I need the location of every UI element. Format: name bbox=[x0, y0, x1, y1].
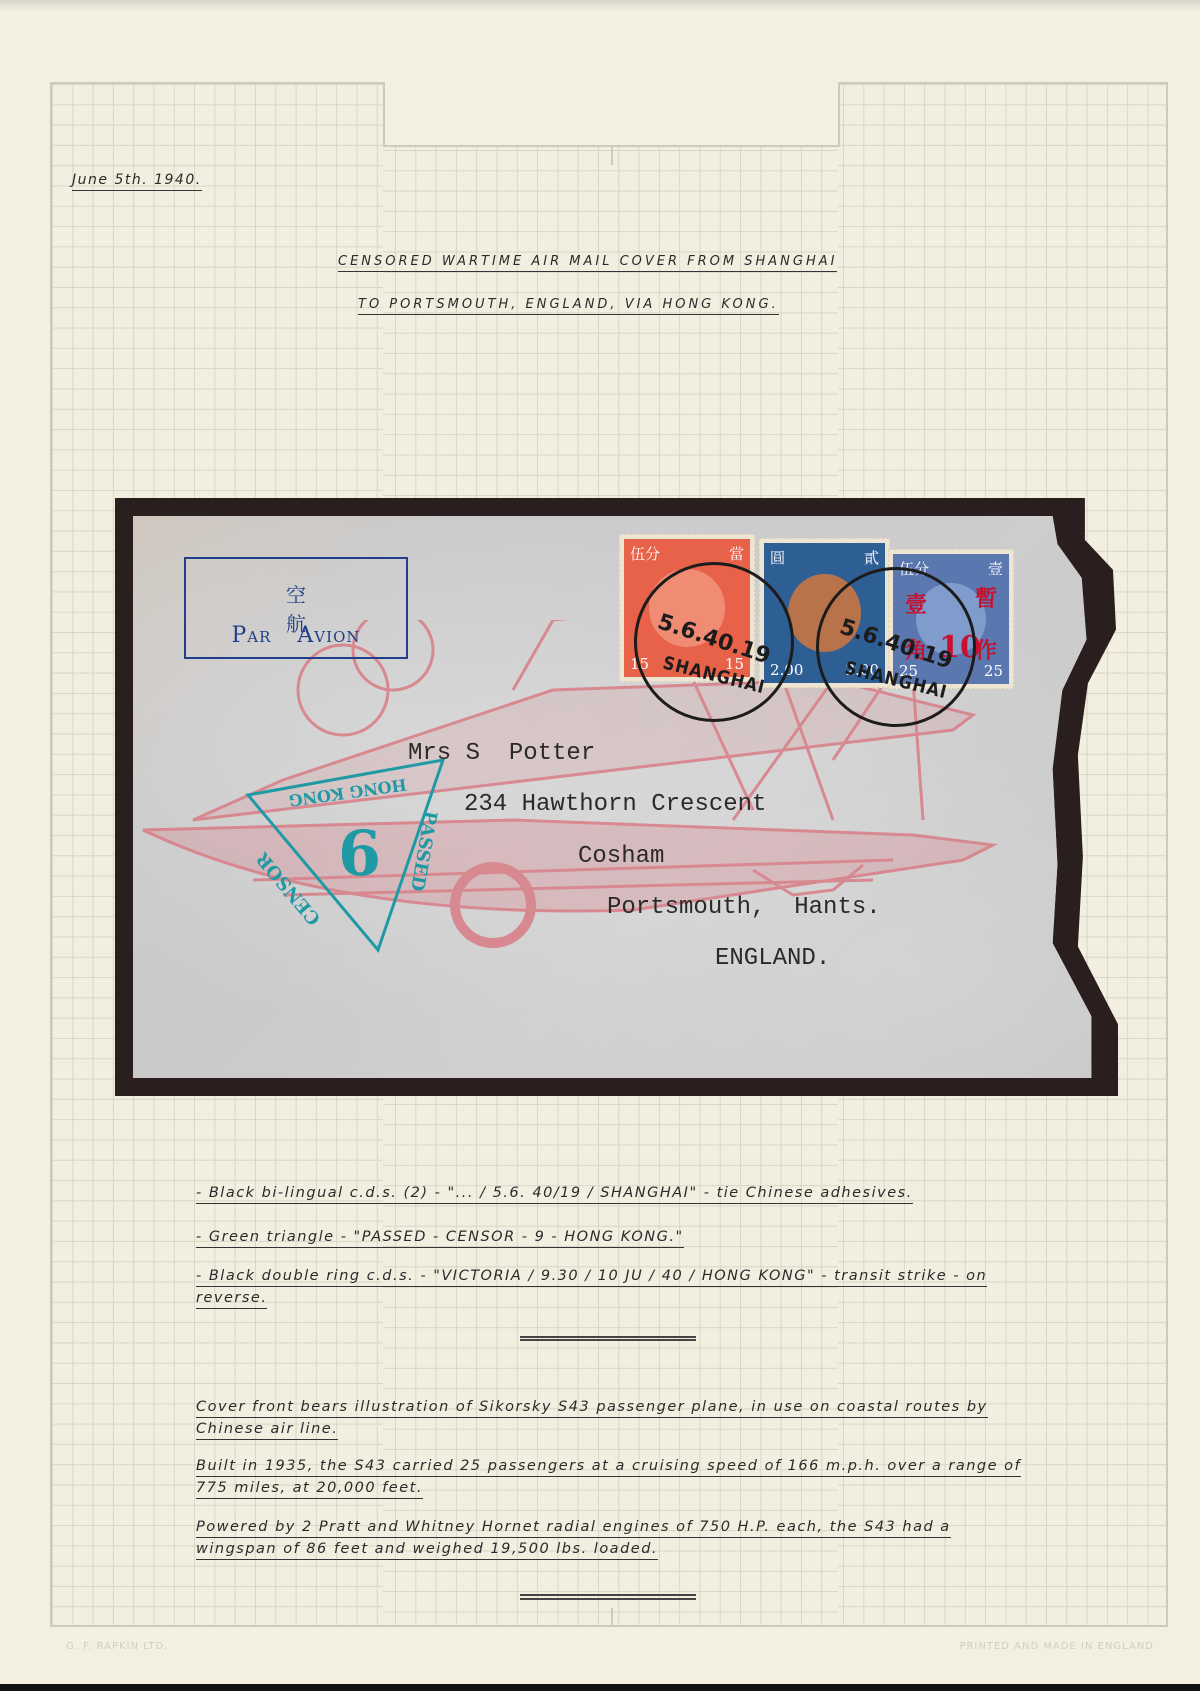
surcharge-char: 暫 bbox=[975, 582, 997, 613]
stamp-chinese-text: 圓 bbox=[770, 547, 785, 568]
center-mark bbox=[611, 147, 613, 165]
page-title-text: Censored wartime air mail cover from Sha… bbox=[338, 254, 837, 272]
date-note-text: June 5th. 1940. bbox=[72, 172, 202, 191]
description-paragraph: Cover front bears illustration of Sikors… bbox=[196, 1396, 1036, 1440]
address-line-street: 234 Hawthorn Crescent bbox=[464, 791, 766, 818]
grid-notch-edge bbox=[383, 82, 385, 147]
page-title-text: to Portsmouth, England, via Hong Kong. bbox=[358, 297, 779, 315]
stamp-chinese-text: 伍分 bbox=[630, 543, 660, 564]
stamp-chinese-text: 當 bbox=[729, 543, 744, 564]
description-text: Built in 1935, the S43 carried 25 passen… bbox=[196, 1458, 1021, 1499]
page-title-line-2: to Portsmouth, England, via Hong Kong. bbox=[358, 297, 779, 312]
marking-note-text: - Black double ring c.d.s. - "VICTORIA /… bbox=[196, 1268, 987, 1309]
censor-triangle-mark: HONG KONG PASSED CENSOR 9 bbox=[243, 755, 448, 955]
description-paragraph: Built in 1935, the S43 carried 25 passen… bbox=[196, 1455, 1036, 1499]
page-title-line-1: Censored wartime air mail cover from Sha… bbox=[338, 254, 837, 269]
publisher-imprint: G. F. RAPKIN LTD. bbox=[66, 1641, 168, 1652]
printed-imprint: PRINTED AND MADE IN ENGLAND bbox=[959, 1641, 1154, 1652]
censor-number: 9 bbox=[338, 815, 381, 888]
description-paragraph: Powered by 2 Pratt and Whitney Hornet ra… bbox=[196, 1516, 1036, 1560]
marking-note: - Black double ring c.d.s. - "VICTORIA /… bbox=[196, 1265, 1036, 1309]
date-note: June 5th. 1940. bbox=[72, 172, 202, 188]
grid-notch-edge bbox=[838, 82, 840, 147]
shanghai-postmark: 5.6.40.19 SHANGHAI bbox=[634, 562, 794, 722]
address-line-country: ENGLAND. bbox=[715, 945, 830, 972]
marking-note: - Green triangle - "PASSED - CENSOR - 9 … bbox=[196, 1226, 1036, 1248]
airmail-french-text: Par Avion bbox=[186, 623, 406, 648]
svg-text:HONG KONG: HONG KONG bbox=[288, 775, 408, 810]
marking-note-text: - Black bi-lingual c.d.s. (2) - "... / 5… bbox=[196, 1185, 913, 1204]
description-text: Cover front bears illustration of Sikors… bbox=[196, 1399, 988, 1440]
par-avion-label: 空 航 Par Avion bbox=[184, 557, 408, 659]
stamp-value: 25 bbox=[984, 662, 1003, 680]
address-line-name: Mrs S Potter bbox=[408, 740, 595, 767]
double-rule-divider bbox=[520, 1336, 696, 1341]
page-top-shadow bbox=[0, 0, 1200, 12]
marking-note: - Black bi-lingual c.d.s. (2) - "... / 5… bbox=[196, 1182, 1036, 1204]
stamp-chinese-text: 壹 bbox=[988, 558, 1003, 579]
shanghai-postmark: 5.6.40.19 SHANGHAI bbox=[816, 567, 976, 727]
address-line-city: Portsmouth, Hants. bbox=[607, 894, 881, 921]
svg-text:CENSOR: CENSOR bbox=[252, 847, 325, 929]
stamp-chinese-text: 貳 bbox=[864, 547, 879, 568]
description-text: Powered by 2 Pratt and Whitney Hornet ra… bbox=[196, 1519, 951, 1560]
center-mark bbox=[611, 1608, 613, 1626]
address-line-district: Cosham bbox=[578, 843, 664, 870]
double-rule-divider bbox=[520, 1594, 696, 1600]
marking-note-text: - Green triangle - "PASSED - CENSOR - 9 … bbox=[196, 1229, 684, 1248]
scan-edge bbox=[0, 1684, 1200, 1691]
